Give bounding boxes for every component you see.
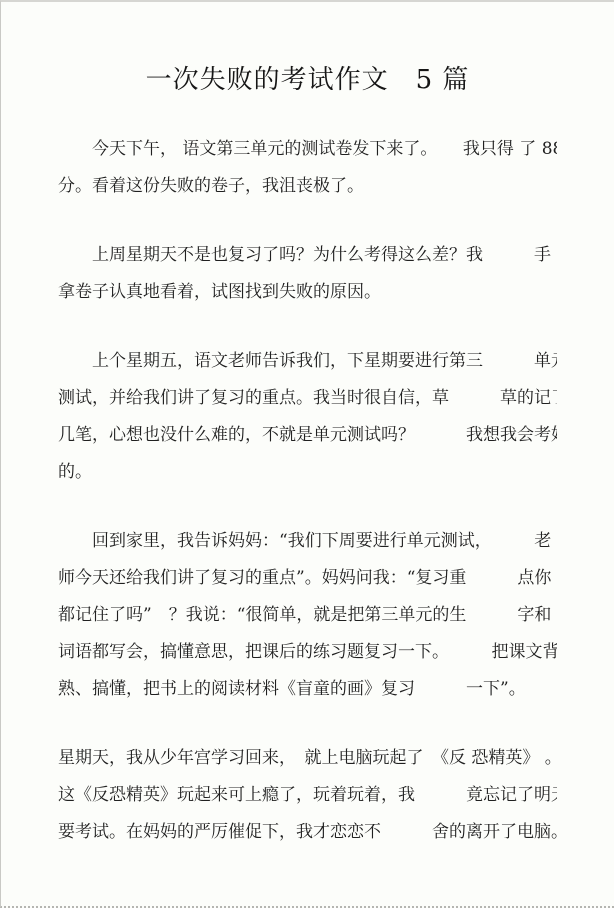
- text-line: 词语都写会，搞懂意思，把课后的练习题复习一下。 把课文背: [58, 634, 557, 671]
- paragraph-5: 星期天，我从少年宫学习回来， 就上电脑玩起了 《反 恐精英》 。 这《反恐精英》…: [58, 740, 557, 851]
- text-line: 的。: [58, 454, 557, 491]
- text-line: 师今天还给我们讲了复习的重点”。妈妈问我：“复习重 点你: [58, 560, 557, 597]
- text-line: 测试，并给我们讲了复习的重点。我当时很自信，草 草的记了: [58, 380, 557, 417]
- document-body: 今天下午， 语文第三单元的测试卷发下来了。 我只得 了 88 分。看着这份失败的…: [58, 131, 557, 851]
- text-line: 上周星期天不是也复习了吗？为什么考得这么差？我 手: [58, 237, 557, 274]
- text-line: 几笔，心想也没什么难的，不就是单元测试吗？ 我想我会考好: [58, 417, 557, 454]
- paragraph-1: 今天下午， 语文第三单元的测试卷发下来了。 我只得 了 88 分。看着这份失败的…: [58, 131, 557, 205]
- text-line: 熟、搞懂，把书上的阅读材料《盲童的画》复习 一下”。: [58, 671, 557, 708]
- text-line: 分。看着这份失败的卷子，我沮丧极了。: [58, 168, 557, 205]
- text-line: 拿卷子认真地看着，试图找到失败的原因。: [58, 274, 557, 311]
- text-line: 回到家里，我告诉妈妈：“我们下周要进行单元测试， 老: [58, 523, 557, 560]
- text-line: 这《反恐精英》玩起来可上瘾了，玩着玩着，我 竟忘记了明天: [58, 777, 557, 814]
- text-line: 要考试。在妈妈的严厉催促下，我才恋恋不 舍的离开了电脑。: [58, 814, 557, 851]
- essay-title: 一次失败的考试作文 5 篇: [58, 60, 557, 100]
- text-line: 星期天，我从少年宫学习回来， 就上电脑玩起了 《反 恐精英》 。: [58, 740, 557, 777]
- paragraph-3: 上个星期五，语文老师告诉我们，下星期要进行第三 单元 测试，并给我们讲了复习的重…: [58, 343, 557, 491]
- paragraph-2: 上周星期天不是也复习了吗？为什么考得这么差？我 手 拿卷子认真地看着，试图找到失…: [58, 237, 557, 311]
- text-line: 今天下午， 语文第三单元的测试卷发下来了。 我只得 了 88: [58, 131, 557, 168]
- text-line: 都记住了吗” ？我说：“很简单，就是把第三单元的生 字和: [58, 597, 557, 634]
- paragraph-4: 回到家里，我告诉妈妈：“我们下周要进行单元测试， 老 师今天还给我们讲了复习的重…: [58, 523, 557, 708]
- document-page: 一次失败的考试作文 5 篇 今天下午， 语文第三单元的测试卷发下来了。 我只得 …: [0, 0, 614, 908]
- text-line: 上个星期五，语文老师告诉我们，下星期要进行第三 单元: [58, 343, 557, 380]
